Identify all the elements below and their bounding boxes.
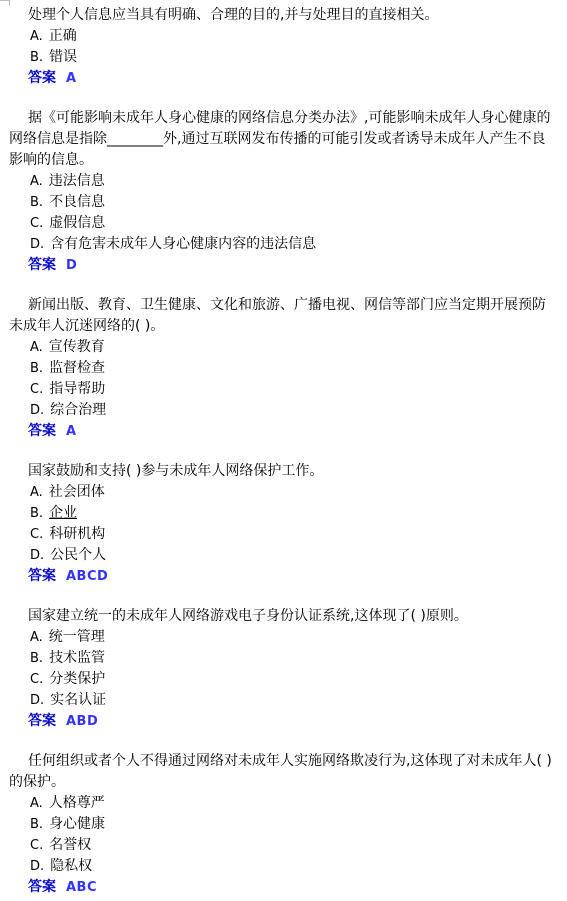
- answer-row: 答案ABCD: [28, 566, 559, 587]
- option-text: 科研机构: [49, 526, 105, 542]
- option-letter: B.: [30, 358, 43, 379]
- option-text: 错误: [49, 49, 77, 65]
- option-letter: A.: [30, 171, 43, 192]
- answer-row: 答案A: [28, 68, 559, 89]
- answer-row: 答案ABD: [28, 711, 559, 732]
- option: B.错误: [30, 47, 559, 68]
- option-text: 虚假信息: [49, 215, 105, 231]
- option-letter: D.: [30, 545, 44, 566]
- option-letter: B.: [30, 192, 43, 213]
- answer-label: 答案: [28, 568, 56, 584]
- option-letter: A.: [30, 627, 43, 648]
- answer-row: 答案ABC: [28, 877, 559, 898]
- answer-label: 答案: [28, 257, 56, 273]
- option-text: 公民个人: [50, 547, 106, 563]
- option: A.宣传教育: [30, 337, 559, 358]
- option: A.统一管理: [30, 627, 559, 648]
- option-text: 综合治理: [50, 402, 106, 418]
- option-letter: D.: [30, 400, 44, 421]
- option: B.不良信息: [30, 192, 559, 213]
- option: C.科研机构: [30, 524, 559, 545]
- option-text: 指导帮助: [49, 381, 105, 397]
- option-text: 人格尊严: [49, 795, 105, 811]
- option: B.身心健康: [30, 814, 559, 835]
- option: A.社会团体: [30, 482, 559, 503]
- option-text: 不良信息: [49, 194, 105, 210]
- option-text: 企业: [49, 505, 77, 521]
- option-text: 监督检查: [49, 360, 105, 376]
- question-block-3: 新闻出版、教育、卫生健康、文化和旅游、广播电视、网信等部门应当定期开展预防未成年…: [9, 295, 559, 442]
- option-text: 正确: [49, 28, 77, 44]
- question-text: 新闻出版、教育、卫生健康、文化和旅游、广播电视、网信等部门应当定期开展预防未成年…: [9, 295, 559, 337]
- answer-value: ABCD: [66, 569, 108, 584]
- option: C.虚假信息: [30, 213, 559, 234]
- option-text: 名誉权: [49, 837, 91, 853]
- option: B.监督检查: [30, 358, 559, 379]
- option: D.综合治理: [30, 400, 559, 421]
- question-text: 任何组织或者个人不得通过网络对未成年人实施网络欺凌行为,这体现了对未成年人( )…: [9, 751, 559, 793]
- answer-value: A: [66, 71, 77, 86]
- option: C.分类保护: [30, 669, 559, 690]
- answer-label: 答案: [28, 879, 56, 895]
- question-text: 国家鼓励和支持( )参与未成年人网络保护工作。: [9, 461, 559, 482]
- option: B.企业: [30, 503, 559, 524]
- question-block-2: 据《可能影响未成年人身心健康的网络信息分类办法》,可能影响未成年人身心健康的网络…: [9, 108, 559, 276]
- option: A.人格尊严: [30, 793, 559, 814]
- option-text: 技术监管: [49, 650, 105, 666]
- option-text: 分类保护: [49, 671, 105, 687]
- question-block-1: 处理个人信息应当具有明确、合理的目的,并与处理目的直接相关。 A.正确 B.错误…: [9, 5, 559, 89]
- option-letter: A.: [30, 337, 43, 358]
- question-text: 据《可能影响未成年人身心健康的网络信息分类办法》,可能影响未成年人身心健康的网络…: [9, 108, 559, 171]
- text-boundary-corner-mark: [0, 0, 10, 6]
- option: D.含有危害未成年人身心健康内容的违法信息: [30, 234, 559, 255]
- option-letter: B.: [30, 648, 43, 669]
- answer-value: D: [66, 258, 77, 273]
- option: C.指导帮助: [30, 379, 559, 400]
- option-letter: C.: [30, 835, 43, 856]
- option-letter: A.: [30, 26, 43, 47]
- option-letter: A.: [30, 793, 43, 814]
- question-block-5: 国家建立统一的未成年人网络游戏电子身份认证系统,这体现了( )原则。 A.统一管…: [9, 606, 559, 732]
- option: D.隐私权: [30, 856, 559, 877]
- option-letter: D.: [30, 856, 44, 877]
- option-text: 统一管理: [49, 629, 105, 645]
- option: A.违法信息: [30, 171, 559, 192]
- answer-value: ABC: [66, 880, 97, 895]
- answer-label: 答案: [28, 423, 56, 439]
- option-text: 含有危害未成年人身心健康内容的违法信息: [50, 236, 316, 252]
- option-letter: A.: [30, 482, 43, 503]
- option: D.实名认证: [30, 690, 559, 711]
- option-letter: C.: [30, 213, 43, 234]
- option-letter: C.: [30, 524, 43, 545]
- answer-value: A: [66, 424, 77, 439]
- option-letter: D.: [30, 234, 44, 255]
- option-text: 社会团体: [49, 484, 105, 500]
- option-letter: B.: [30, 47, 43, 68]
- question-text: 处理个人信息应当具有明确、合理的目的,并与处理目的直接相关。: [9, 5, 559, 26]
- option-text: 宣传教育: [49, 339, 105, 355]
- answer-value: ABD: [66, 714, 98, 729]
- question-block-6: 任何组织或者个人不得通过网络对未成年人实施网络欺凌行为,这体现了对未成年人( )…: [9, 751, 559, 898]
- option-letter: B.: [30, 503, 43, 524]
- option: D.公民个人: [30, 545, 559, 566]
- option-text: 实名认证: [50, 692, 106, 708]
- option-letter: D.: [30, 690, 44, 711]
- answer-label: 答案: [28, 70, 56, 86]
- option-text: 身心健康: [49, 816, 105, 832]
- document-page: 处理个人信息应当具有明确、合理的目的,并与处理目的直接相关。 A.正确 B.错误…: [0, 0, 567, 898]
- option: C.名誉权: [30, 835, 559, 856]
- option-text: 违法信息: [49, 173, 105, 189]
- answer-label: 答案: [28, 713, 56, 729]
- option-letter: C.: [30, 379, 43, 400]
- option: A.正确: [30, 26, 559, 47]
- question-block-4: 国家鼓励和支持( )参与未成年人网络保护工作。 A.社会团体 B.企业 C.科研…: [9, 461, 559, 587]
- option: B.技术监管: [30, 648, 559, 669]
- answer-row: 答案A: [28, 421, 559, 442]
- question-text: 国家建立统一的未成年人网络游戏电子身份认证系统,这体现了( )原则。: [9, 606, 559, 627]
- option-letter: B.: [30, 814, 43, 835]
- option-letter: C.: [30, 669, 43, 690]
- option-text: 隐私权: [50, 858, 92, 874]
- answer-row: 答案D: [28, 255, 559, 276]
